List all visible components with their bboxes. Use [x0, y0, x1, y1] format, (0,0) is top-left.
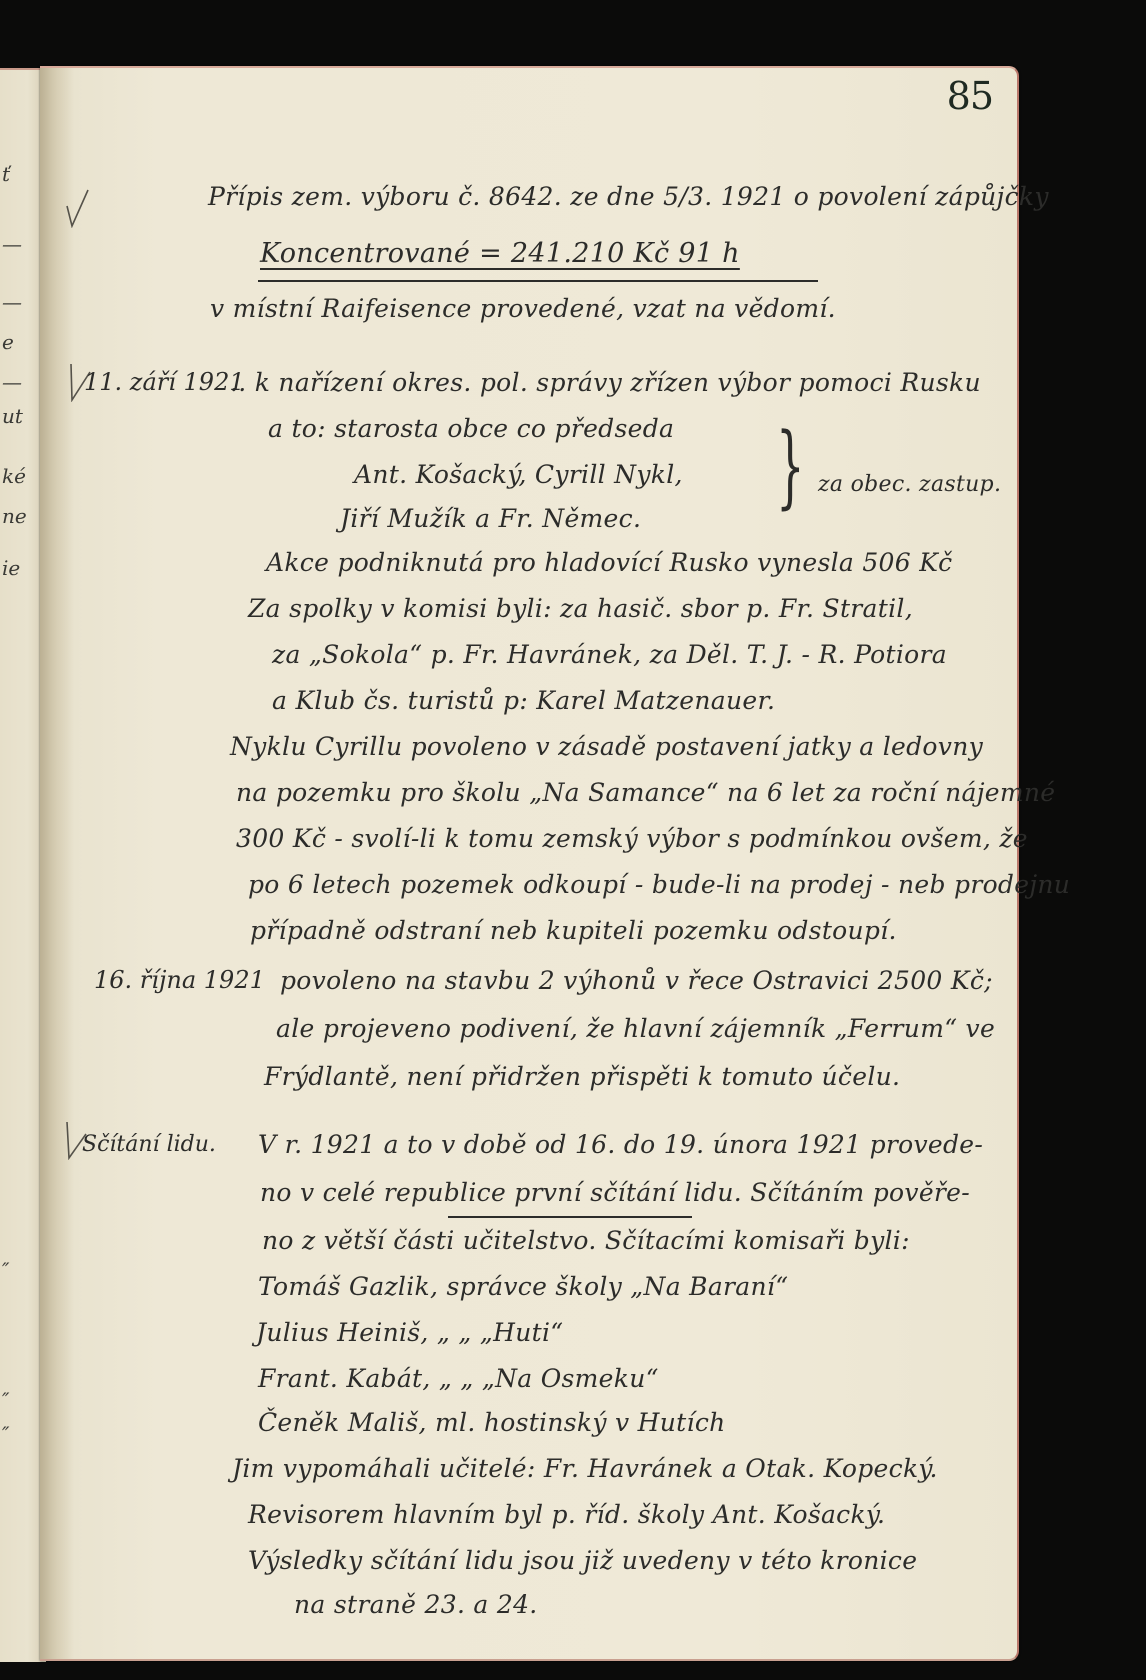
entry-1-line-3: v místní Raifeisence provedené, vzat na …: [210, 294, 836, 323]
double-underline: [258, 280, 818, 282]
chronicle-page: 85 Přípis zem. výboru č. 8642. ze dne 5/…: [40, 66, 1019, 1661]
entry-2-date: 11. září 1921: [84, 368, 245, 396]
entry-4-line-3: no z větší části učitelstvo. Sčítacími k…: [262, 1226, 910, 1255]
entry-1-line-1: Přípis zem. výboru č. 8642. ze dne 5/3. …: [208, 182, 1049, 211]
entry-4-line-4: Tomáš Gazlik, správce školy „Na Baraní“: [258, 1272, 788, 1301]
entry-4-line-1: V r. 1921 a to v době od 16. do 19. únor…: [258, 1130, 983, 1159]
entry-2-line-4: Jiří Mužík a Fr. Němec.: [340, 504, 641, 533]
checkmark-icon: [64, 188, 90, 228]
entry-2-line-13: případně odstraní neb kupiteli pozemku o…: [250, 916, 897, 945]
entry-4-line-7: Čeněk Mališ, ml. hostinský v Hutích: [258, 1408, 726, 1437]
entry-4-line-10: Výsledky sčítání lidu jsou již uvedeny v…: [248, 1546, 917, 1575]
left-page-fragment: ″: [2, 1422, 9, 1446]
left-page-fragment: ″: [2, 1258, 9, 1282]
gutter-shadow: [40, 68, 74, 1659]
entry-2-line-5: Akce podniknutá pro hladovící Rusko vyne…: [266, 548, 952, 577]
left-page-fragment: —: [2, 290, 22, 314]
left-page-fragment: ie: [2, 556, 20, 580]
curly-brace: }: [776, 422, 805, 512]
entry-3-line-3: Frýdlantě, není přidržen přispěti k tomu…: [264, 1062, 900, 1091]
entry-2-line-2: a to: starosta obce co předseda: [268, 414, 674, 443]
entry-1-line-2: Koncentrované = 241.210 Kč 91 h: [260, 238, 740, 269]
entry-2-line-10: na pozemku pro školu „Na Samance“ na 6 l…: [236, 778, 1055, 807]
entry-2-line-1: .. k nařízení okres. pol. správy zřízen …: [230, 368, 981, 397]
entry-4-line-9: Revisorem hlavním byl p. říd. školy Ant.…: [248, 1500, 885, 1529]
entry-4-line-6: Frant. Kabát, „ „ „Na Osmeku“: [258, 1364, 659, 1393]
left-page-fragment: ″: [2, 1388, 9, 1412]
entry-4-line-8: Jim vypomáhali učitelé: Fr. Havránek a O…: [232, 1454, 938, 1483]
entry-2-line-7: za „Sokola“ p. Fr. Havránek, za Děl. T. …: [272, 640, 947, 669]
left-page-fragment: ne: [2, 504, 27, 528]
entry-2-brace-label: za obec. zastup.: [818, 472, 1001, 497]
entry-3-line-2: ale projeveno podivení, že hlavní zájemn…: [276, 1014, 995, 1043]
left-page-fragment: —: [2, 370, 22, 394]
entry-3-line-1: povoleno na stavbu 2 výhonů v řece Ostra…: [280, 966, 993, 995]
entry-2-line-6: Za spolky v komisi byli: za hasič. sbor …: [248, 594, 913, 623]
entry-2-line-8: a Klub čs. turistů p: Karel Matzenauer.: [272, 686, 775, 715]
underline: [448, 1216, 692, 1218]
entry-2-line-11: 300 Kč - svolí-li k tomu zemský výbor s …: [236, 824, 1028, 853]
entry-4-line-2: no v celé republice první sčítání lidu. …: [260, 1178, 970, 1207]
left-page-fragment: e: [2, 330, 14, 354]
entry-4-line-11: na straně 23. a 24.: [294, 1590, 538, 1619]
entry-4-heading: Sčítání lidu.: [82, 1132, 216, 1157]
left-page-fragment: —: [2, 232, 22, 256]
left-page-fragment: ut: [2, 404, 23, 428]
entry-2-line-9: Nyklu Cyrillu povoleno v zásadě postaven…: [230, 732, 983, 761]
entry-2-line-3: Ant. Košacký, Cyrill Nykl,: [354, 460, 683, 489]
left-page-fragment: ť: [2, 162, 10, 186]
entry-2-line-12: po 6 letech pozemek odkoupí - bude-li na…: [248, 870, 1070, 899]
left-page-fragment: ké: [2, 464, 26, 488]
entry-3-date: 16. října 1921: [94, 966, 265, 994]
entry-4-line-5: Julius Heiniš, „ „ „Huti“: [256, 1318, 563, 1347]
page-number: 85: [947, 74, 993, 118]
